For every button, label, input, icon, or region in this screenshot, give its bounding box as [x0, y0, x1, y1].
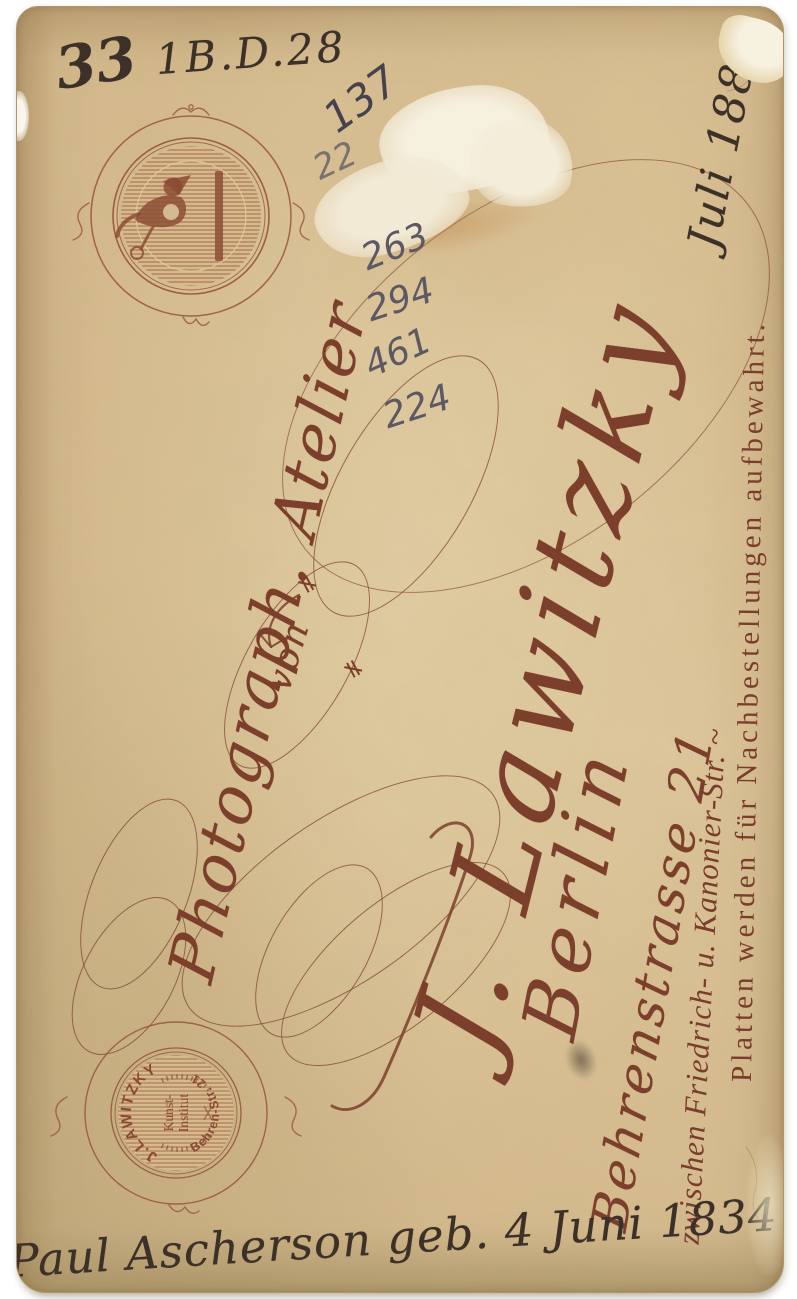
- putto-medallion-icon: [57, 101, 327, 336]
- plates-reorder-note: Platten werden für Nachbestellungen aufb…: [726, 320, 772, 1083]
- carte-de-visite-back: J.LAWITZKY Behren-Str. 21 Kunst- Institu…: [16, 6, 784, 1293]
- inventory-number: 33: [51, 23, 141, 103]
- seal-center-line2: Institut: [176, 1094, 191, 1133]
- studio-seal: J.LAWITZKY Behren-Str. 21 Kunst- Institu…: [81, 1018, 271, 1208]
- catalog-code: 1B.D.28: [154, 22, 348, 84]
- edge-nick: [16, 91, 29, 141]
- seal-center-line1: Kunst-: [161, 1094, 176, 1131]
- photo-backdrop: J.LAWITZKY Behren-Str. 21 Kunst- Institu…: [0, 0, 797, 1299]
- ink-smudge: [560, 1035, 603, 1085]
- worn-edge: [747, 1135, 784, 1275]
